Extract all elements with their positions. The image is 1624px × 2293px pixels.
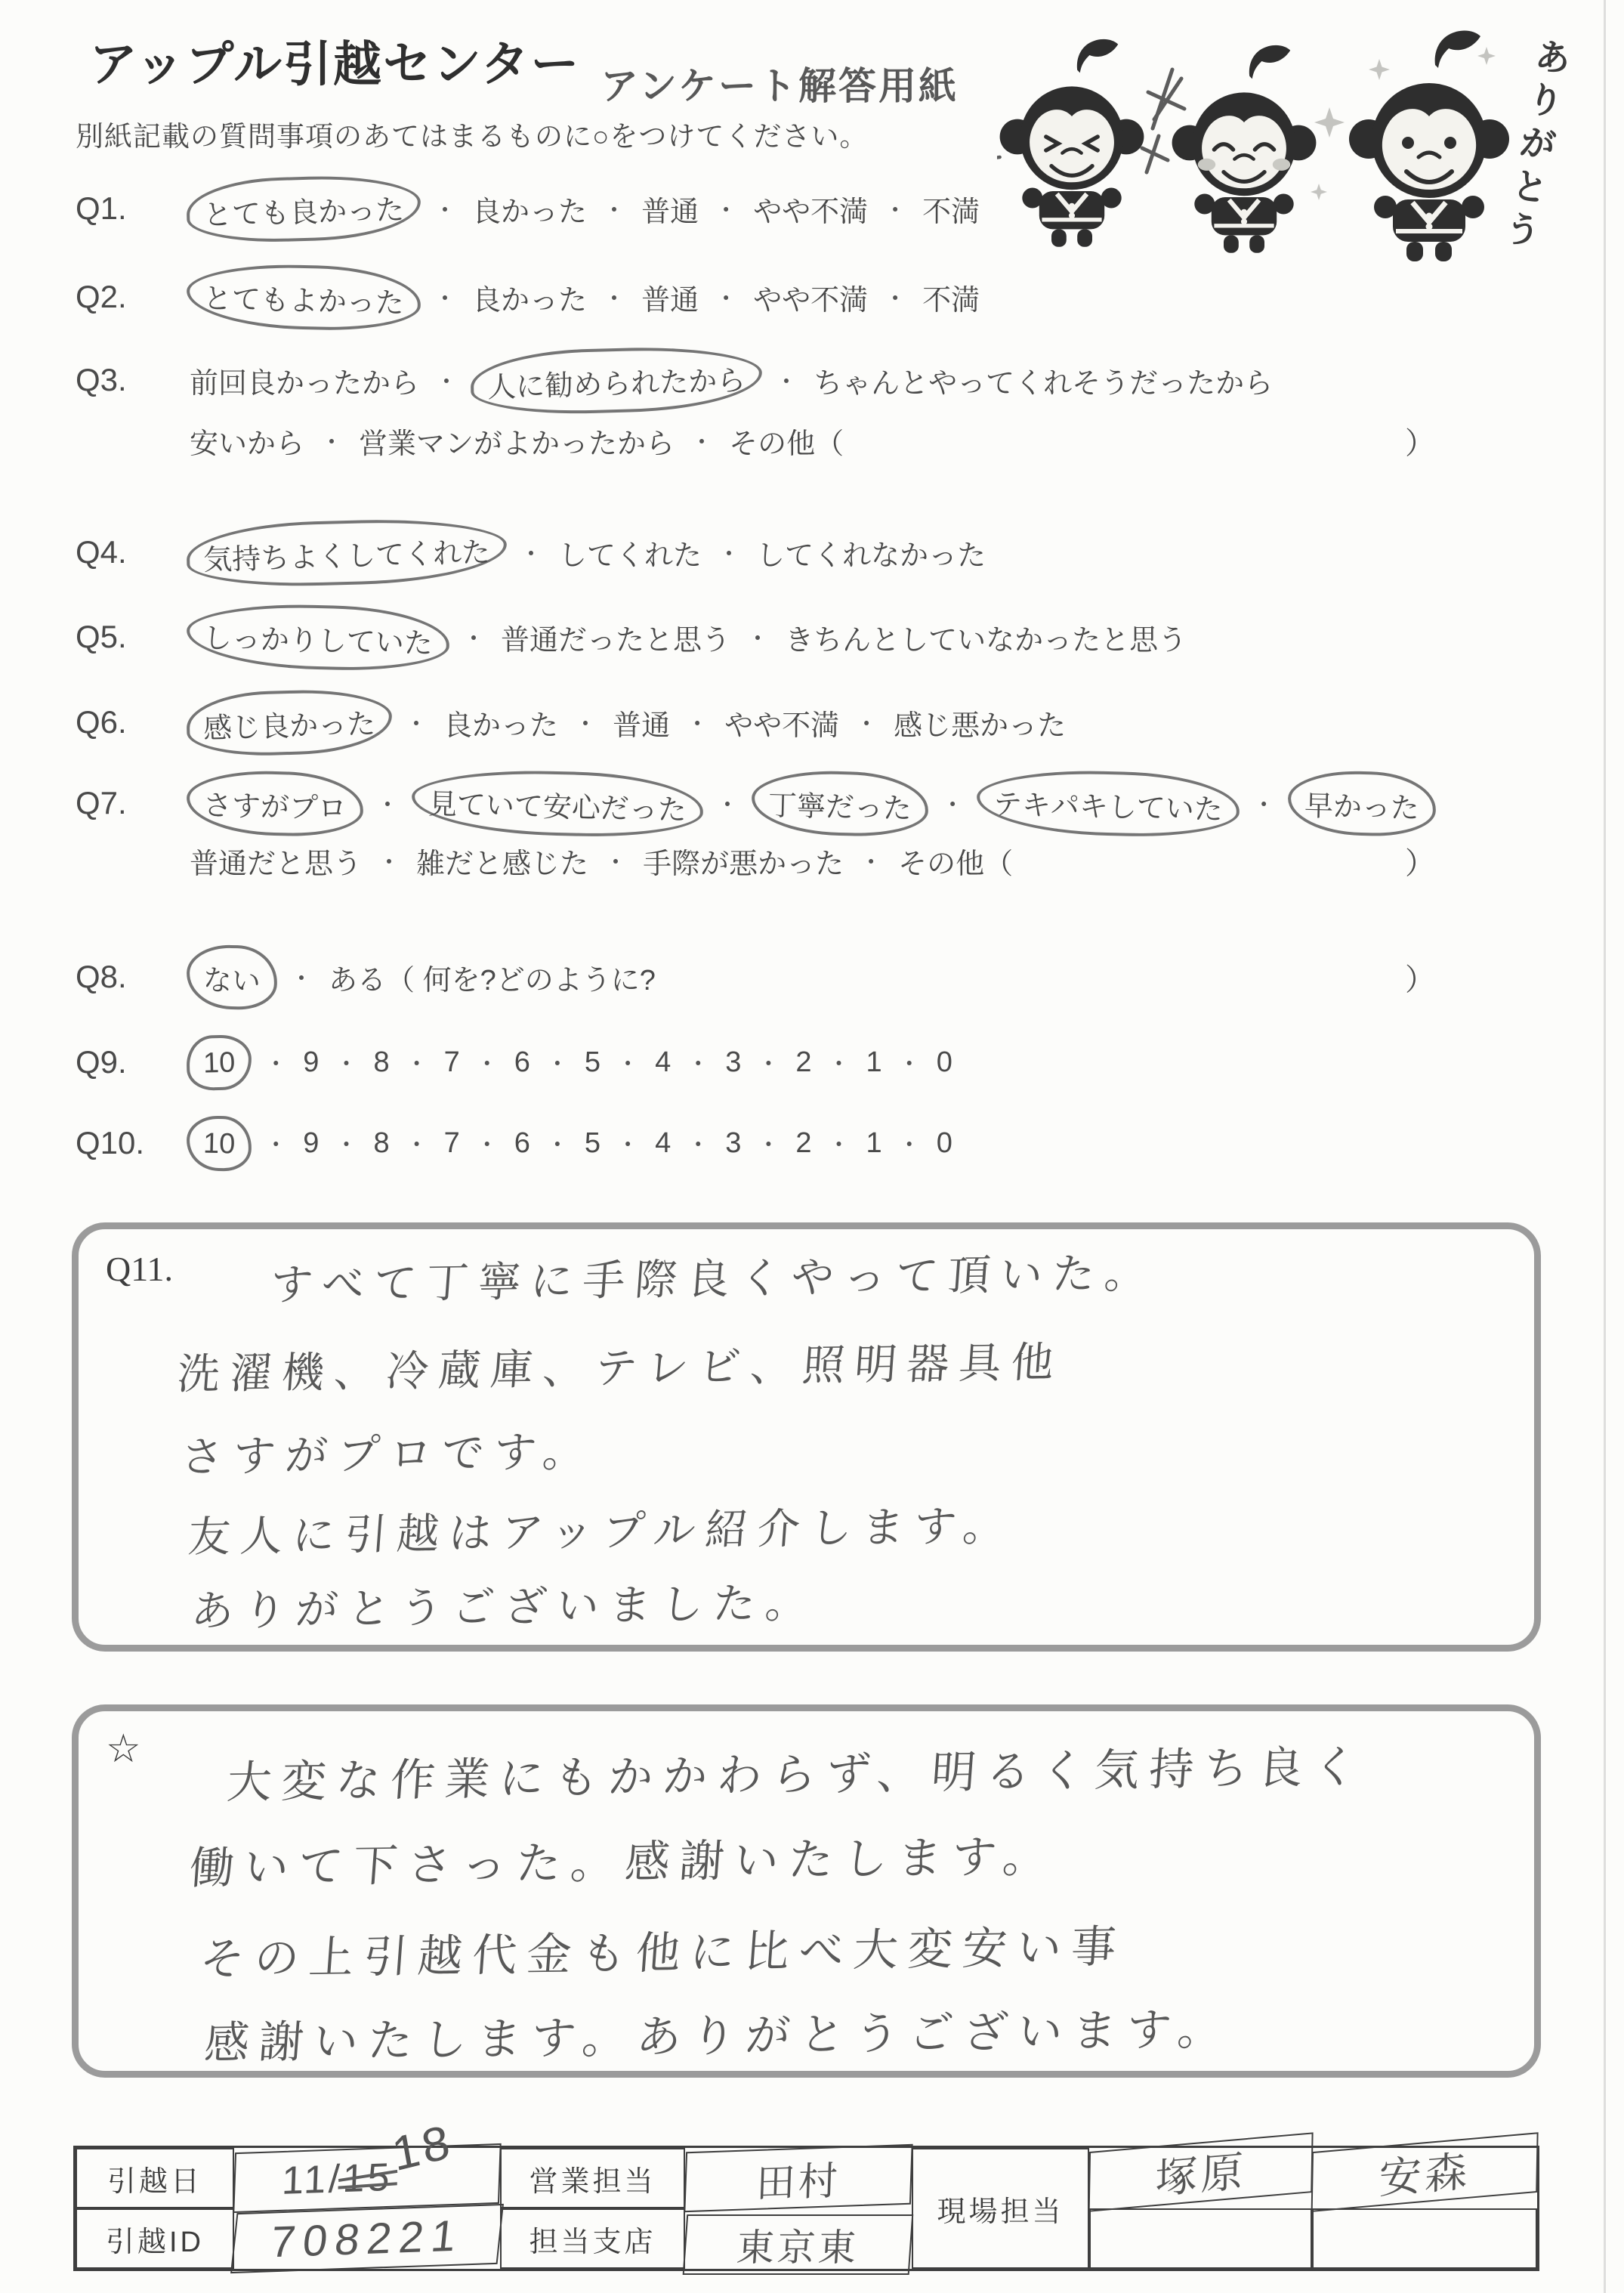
option-label: やや不満 bbox=[724, 702, 839, 743]
move-id-label: 引越ID bbox=[76, 2208, 234, 2269]
star-handwritten-line: 働いて下さった。感謝いたします。 bbox=[187, 1820, 1060, 1896]
instruction-text: 別紙記載の質問事項のあてはまるものに○をつけてください。 bbox=[76, 113, 868, 154]
option-separator: ・ bbox=[897, 1045, 922, 1080]
question-id: Q7. bbox=[76, 785, 185, 821]
question-id: Q8. bbox=[76, 959, 185, 995]
question-row: Q5.しっかりしていた・普通だったと思う・きちんとしていなかったと思う bbox=[76, 612, 1443, 662]
option-separator: ・ bbox=[827, 1126, 851, 1160]
option-label: 0 bbox=[937, 1046, 952, 1079]
option-separator: ・ bbox=[690, 423, 714, 458]
option-separator: ・ bbox=[774, 363, 798, 397]
option-circled: テキパキしていた bbox=[976, 768, 1240, 838]
option-label: 安いから bbox=[190, 420, 304, 462]
option-label: 良かった bbox=[472, 277, 587, 318]
question-id: Q9. bbox=[76, 1044, 185, 1080]
option-separator: ・ bbox=[573, 705, 597, 740]
option-label: 感じ悪かった bbox=[894, 702, 1066, 743]
option-separator: ・ bbox=[334, 1126, 358, 1160]
option-label: 普通だったと思う bbox=[501, 617, 730, 658]
question-options: とてもよかった・良かった・普通・やや不満・不満 bbox=[185, 277, 1443, 318]
option-label: 普通 bbox=[613, 702, 670, 743]
option-separator: ・ bbox=[334, 1045, 358, 1080]
question-options: 気持ちよくしてくれた・してくれた・してくれなかった bbox=[185, 532, 1443, 573]
option-label: 2 bbox=[795, 1046, 811, 1079]
q11-handwritten-line: すべて丁寧に手際良くやって頂いた。 bbox=[268, 1240, 1159, 1312]
option-label: してくれなかった bbox=[756, 532, 986, 573]
option-separator: ・ bbox=[854, 705, 878, 740]
q11-box: Q11. すべて丁寧に手際良くやって頂いた。洗濯機、冷蔵庫、テレビ、照明器具他さ… bbox=[72, 1222, 1541, 1652]
star-icon: ☆ bbox=[106, 1726, 141, 1772]
option-label: 5 bbox=[585, 1127, 601, 1160]
option-circled: とてもよかった bbox=[186, 262, 421, 332]
option-label: 普通 bbox=[641, 188, 699, 230]
option-separator: ・ bbox=[602, 191, 626, 226]
star-box: ☆ 大変な作業にもかかわらず、明るく気持ち良く働いて下さった。感謝いたします。そ… bbox=[72, 1704, 1541, 2078]
option-separator: ・ bbox=[756, 1045, 780, 1080]
q11-label: Q11. bbox=[106, 1249, 173, 1289]
option-separator: ・ bbox=[462, 620, 486, 654]
star-handwritten-line: 大変な作業にもかかわらず、明るく気持ち良く bbox=[225, 1730, 1369, 1810]
q11-handwritten-line: 友人に引越はアップル紹介します。 bbox=[186, 1492, 1017, 1564]
star-handwritten-line: その上引越代金も他に比べ大変安い事 bbox=[198, 1910, 1128, 1987]
option-separator: ・ bbox=[433, 191, 457, 226]
option-separator: ・ bbox=[714, 280, 738, 314]
option-label: 1 bbox=[866, 1127, 882, 1160]
option-separator: ・ bbox=[289, 960, 313, 994]
option-circled: とても良かった bbox=[186, 173, 421, 244]
option-separator: ・ bbox=[519, 535, 543, 570]
option-circled: 早かった bbox=[1287, 769, 1437, 837]
question-options: とても良かった・良かった・普通・やや不満・不満 bbox=[185, 188, 1443, 230]
option-label: 8 bbox=[373, 1127, 389, 1160]
option-label: 手際が悪かった bbox=[643, 840, 844, 882]
option-label: 4 bbox=[655, 1046, 671, 1079]
option-circled: 丁寧だった bbox=[751, 769, 929, 838]
option-label: 4 bbox=[655, 1127, 671, 1160]
option-label: やや不満 bbox=[753, 188, 868, 230]
q11-handwritten-line: 洗濯機、冷蔵庫、テレビ、照明器具他 bbox=[175, 1329, 1066, 1401]
option-circled: 10 bbox=[186, 1114, 252, 1171]
option-circled: 人に勧められたから bbox=[470, 344, 763, 416]
option-label: 6 bbox=[514, 1046, 530, 1079]
option-separator: ・ bbox=[715, 786, 739, 820]
question-options: 感じ良かった・良かった・普通・やや不満・感じ悪かった bbox=[185, 702, 1443, 743]
option-label: してくれた bbox=[558, 532, 702, 573]
scan-edge-artifact bbox=[1604, 0, 1606, 2293]
move-date-part: 18 bbox=[387, 2113, 456, 2182]
option-separator: ・ bbox=[883, 280, 907, 314]
option-circled: しっかりしていた bbox=[186, 601, 450, 672]
question-id: Q10. bbox=[76, 1125, 185, 1161]
option-separator: ・ bbox=[616, 1045, 640, 1080]
option-label: やや不満 bbox=[753, 277, 868, 318]
option-separator: ・ bbox=[616, 1126, 640, 1160]
option-separator: ・ bbox=[686, 1045, 710, 1080]
scanned-survey-page: アップル引越センター アンケート解答用紙 別紙記載の質問事項のあてはまるものに○… bbox=[0, 0, 1624, 2293]
option-separator: ・ bbox=[714, 191, 738, 226]
option-label: 9 bbox=[303, 1127, 319, 1160]
monkeys-illustration bbox=[997, 23, 1526, 272]
option-label: 3 bbox=[725, 1127, 741, 1160]
option-separator: ・ bbox=[264, 1126, 288, 1160]
option-label: 良かった bbox=[472, 188, 587, 230]
option-separator: ・ bbox=[405, 1126, 429, 1160]
option-label: 普通 bbox=[641, 277, 699, 318]
option-circled: ない bbox=[186, 944, 278, 1010]
option-separator: ・ bbox=[434, 363, 458, 397]
option-separator: ・ bbox=[827, 1045, 851, 1080]
question-row: Q2.とてもよかった・良かった・普通・やや不満・不満 bbox=[76, 272, 1443, 322]
sparkle-icon bbox=[1477, 47, 1496, 65]
field-staff-name-2: 安森 bbox=[1311, 2132, 1539, 2212]
brand-title: アップル引越センター bbox=[89, 26, 580, 95]
branch-label: 担当支店 bbox=[500, 2208, 685, 2269]
option-separator: ・ bbox=[433, 280, 457, 314]
option-label: 5 bbox=[585, 1046, 601, 1079]
option-circled: 気持ちよくしてくれた bbox=[186, 516, 508, 589]
question-options: 普通だと思う・雑だと感じた・手際が悪かった・その他（） bbox=[185, 839, 1443, 882]
hand-drawn-sparkle-strokes bbox=[1142, 70, 1184, 172]
question-id: Q1. bbox=[76, 190, 185, 227]
option-separator: ・ bbox=[604, 843, 628, 878]
question-id: Q4. bbox=[76, 534, 185, 570]
option-separator: ・ bbox=[475, 1126, 499, 1160]
question-row: 普通だと思う・雑だと感じた・手際が悪かった・その他（） bbox=[76, 836, 1443, 885]
option-label: ） bbox=[1405, 956, 1435, 999]
option-separator: ・ bbox=[545, 1045, 570, 1080]
option-label: ） bbox=[1405, 419, 1435, 462]
option-separator: ・ bbox=[602, 280, 626, 314]
question-row: Q7.さすがプロ・見ていて安心だった・丁寧だった・テキパキしていた・早かった bbox=[76, 778, 1443, 828]
option-label: 9 bbox=[303, 1046, 319, 1079]
option-separator: ・ bbox=[264, 1045, 288, 1080]
move-date-value: 11/1518 bbox=[233, 2143, 501, 2213]
option-separator: ・ bbox=[545, 1126, 570, 1160]
option-label: 2 bbox=[795, 1127, 811, 1160]
question-id: Q6. bbox=[76, 704, 185, 740]
option-separator: ・ bbox=[404, 705, 428, 740]
field-staff-empty-cell bbox=[1312, 2208, 1537, 2269]
option-label: その他（ bbox=[898, 840, 1013, 882]
question-id: Q5. bbox=[76, 619, 185, 655]
option-separator: ・ bbox=[377, 843, 401, 878]
option-separator: ・ bbox=[1252, 786, 1276, 820]
question-row: Q6.感じ良かった・良かった・普通・やや不満・感じ悪かった bbox=[76, 697, 1443, 747]
question-options: 前回良かったから・人に勧められたから・ちゃんとやってくれそうだったから bbox=[185, 360, 1443, 401]
option-circled: 見ていて安心だった bbox=[411, 768, 704, 839]
star-handwritten-line: 感謝いたします。ありがとうございます。 bbox=[202, 1993, 1234, 2072]
option-separator: ・ bbox=[746, 620, 770, 654]
option-circled: さすがプロ bbox=[186, 769, 364, 838]
option-separator: ・ bbox=[685, 705, 709, 740]
question-row: Q1.とても良かった・良かった・普通・やや不満・不満 bbox=[76, 184, 1443, 233]
option-label: ある（ 何を?どのように? bbox=[329, 956, 656, 998]
option-separator: ・ bbox=[320, 423, 344, 458]
mascot-graphic bbox=[997, 23, 1526, 276]
question-options: 10・9・8・7・6・5・4・3・2・1・0 bbox=[185, 1045, 1443, 1080]
question-id: Q3. bbox=[76, 362, 185, 398]
question-row: 安いから・営業マンがよかったから・その他（） bbox=[76, 416, 1443, 465]
option-label: ちゃんとやってくれそうだったから bbox=[814, 360, 1273, 401]
footer-table: 引越日 11/1518 営業担当 田村 現場担当 塚原 安森 引越ID 7082… bbox=[73, 2146, 1539, 2271]
option-label: きちんとしていなかったと思う bbox=[785, 617, 1187, 658]
option-label: 営業マンがよかったから bbox=[359, 420, 675, 462]
option-label: 0 bbox=[937, 1127, 952, 1160]
option-separator: ・ bbox=[940, 786, 965, 820]
option-circled: 10 bbox=[186, 1034, 252, 1090]
option-label: 7 bbox=[444, 1127, 460, 1160]
option-label: 普通だと思う bbox=[190, 840, 362, 882]
question-row: Q4.気持ちよくしてくれた・してくれた・してくれなかった bbox=[76, 527, 1443, 577]
move-id-value: 708221 bbox=[230, 2204, 504, 2273]
field-staff-label: 現場担当 bbox=[912, 2148, 1089, 2269]
option-separator: ・ bbox=[717, 535, 741, 570]
q11-handwritten-line: ありがとうございました。 bbox=[190, 1569, 820, 1639]
option-separator: ・ bbox=[686, 1126, 710, 1160]
sparkle-icon bbox=[1369, 59, 1390, 80]
sparkle-icon bbox=[1314, 107, 1345, 138]
question-options: ない・ある（ 何を?どのように?） bbox=[185, 956, 1443, 999]
q11-handwritten-line: さすがプロです。 bbox=[179, 1418, 597, 1485]
branch-value: 東京東 bbox=[683, 2214, 914, 2275]
sales-rep-value: 田村 bbox=[684, 2144, 912, 2212]
option-separator: ・ bbox=[859, 843, 883, 878]
question-row: Q8.ない・ある（ 何を?どのように?） bbox=[76, 952, 1443, 1002]
option-separator: ・ bbox=[475, 1045, 499, 1080]
option-label: 不満 bbox=[922, 277, 980, 318]
option-label: 雑だと感じた bbox=[416, 840, 588, 882]
option-label: 8 bbox=[373, 1046, 389, 1079]
option-label: 1 bbox=[866, 1046, 882, 1079]
question-row: Q9.10・9・8・7・6・5・4・3・2・1・0 bbox=[76, 1037, 1443, 1087]
move-date-part: 15 bbox=[342, 2155, 394, 2202]
move-date-part: 11/ bbox=[281, 2156, 344, 2204]
option-separator: ・ bbox=[883, 191, 907, 226]
option-circled: 感じ良かった bbox=[186, 688, 393, 758]
field-staff-empty-cell bbox=[1089, 2208, 1312, 2269]
option-separator: ・ bbox=[897, 1126, 922, 1160]
option-label: 前回良かったから bbox=[190, 360, 419, 401]
option-label: 6 bbox=[514, 1127, 530, 1160]
question-options: しっかりしていた・普通だったと思う・きちんとしていなかったと思う bbox=[185, 617, 1443, 658]
option-separator: ・ bbox=[405, 1045, 429, 1080]
question-options: 安いから・営業マンがよかったから・その他（） bbox=[185, 419, 1443, 462]
field-staff-name-1: 塚原 bbox=[1088, 2132, 1314, 2211]
sheet-title: アンケート解答用紙 bbox=[601, 56, 959, 110]
option-label: 良かった bbox=[443, 702, 558, 743]
option-separator: ・ bbox=[756, 1126, 780, 1160]
question-id: Q2. bbox=[76, 279, 185, 315]
option-label: 不満 bbox=[922, 188, 980, 230]
option-label: その他（ bbox=[729, 420, 844, 462]
question-row: Q10.10・9・8・7・6・5・4・3・2・1・0 bbox=[76, 1118, 1443, 1168]
option-label: 7 bbox=[444, 1046, 460, 1079]
question-options: 10・9・8・7・6・5・4・3・2・1・0 bbox=[185, 1126, 1443, 1160]
question-row: Q3.前回良かったから・人に勧められたから・ちゃんとやってくれそうだったから bbox=[76, 355, 1443, 405]
option-label: ） bbox=[1405, 839, 1435, 882]
option-separator: ・ bbox=[375, 786, 400, 820]
move-date-label: 引越日 bbox=[76, 2148, 234, 2208]
sales-rep-label: 営業担当 bbox=[500, 2148, 685, 2208]
option-label: 3 bbox=[725, 1046, 741, 1079]
question-options: さすがプロ・見ていて安心だった・丁寧だった・テキパキしていた・早かった bbox=[185, 783, 1443, 824]
